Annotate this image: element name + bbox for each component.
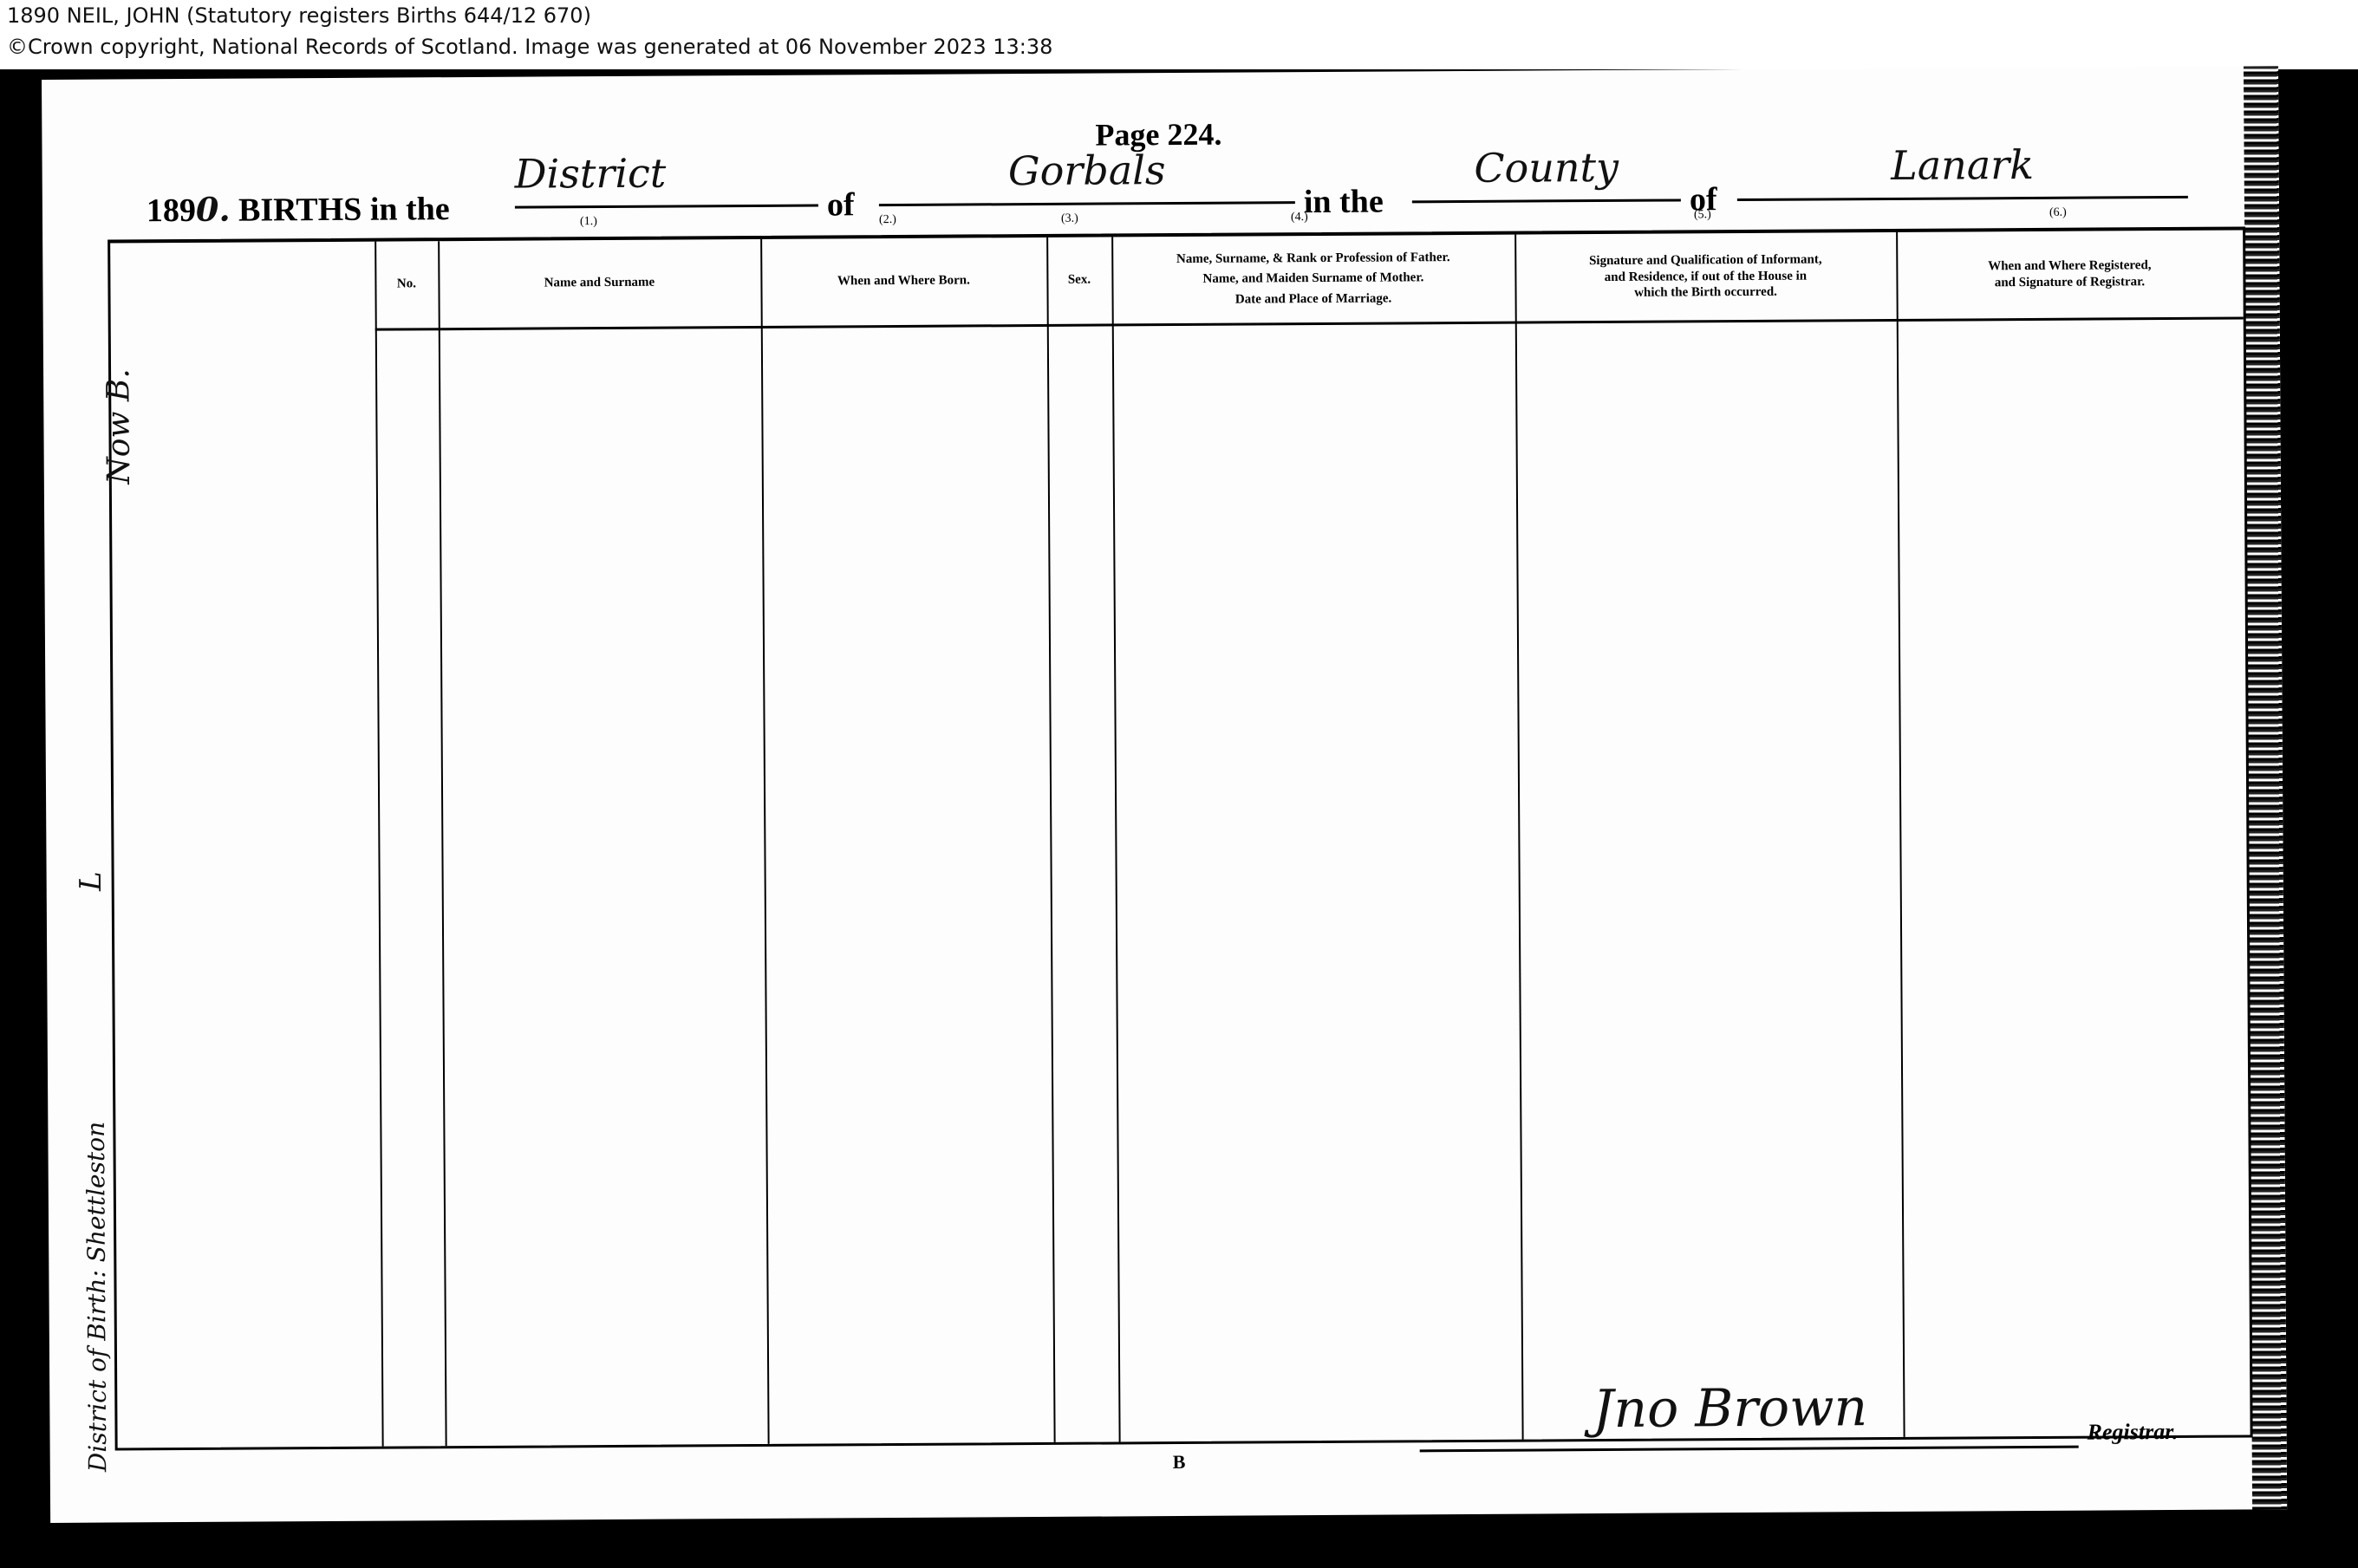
col-header-born: When and Where Born. (760, 237, 1047, 326)
col-header-informant-line: which the Birth occurred. (1634, 284, 1777, 302)
signature-line (1420, 1446, 2079, 1453)
of-label-1: of (827, 185, 855, 224)
col-divider (438, 241, 446, 1446)
register-heading: 1890. BIRTHS in the (147, 188, 450, 230)
registrar-label: Registrar. (2087, 1419, 2178, 1446)
column-ref-2: (2.) (879, 213, 896, 227)
copyright-notice: ©Crown copyright, National Records of Sc… (7, 35, 1052, 59)
year-prefix: 189 (147, 192, 196, 229)
margin-note-district-of-birth: District of Birth: Shettleston (81, 1090, 113, 1472)
col-divider (760, 239, 769, 1444)
col-header-registered-line: When and Where Registered, (1988, 257, 2151, 275)
col-divider (1514, 235, 1523, 1440)
margin-note-now-b: Now B. (101, 368, 137, 485)
col-divider (1896, 232, 1905, 1437)
margin-note-l: L (74, 871, 108, 891)
col-header-name: Name and Surname (438, 239, 761, 328)
births-register-table: No. Name and Surname When and Where Born… (107, 226, 2252, 1450)
county-name-field: Lanark (1736, 140, 2187, 201)
column-ref-4: (4.) (1291, 211, 1308, 224)
col-header-parents-line: Date and Place of Marriage. (1235, 289, 1391, 309)
col-header-informant: Signature and Qualification of Informant… (1514, 232, 1897, 322)
in-the-label: in the (1304, 183, 1384, 222)
sheet-mark: B (1173, 1451, 1186, 1474)
column-ref-5: (5.) (1694, 208, 1711, 222)
col-divider (1111, 237, 1120, 1441)
column-ref-1: (1.) (580, 215, 597, 229)
col-header-informant-line: and Residence, if out of the House in (1605, 268, 1807, 285)
district-name-field: Gorbals (879, 146, 1295, 206)
record-title: 1890 NEIL, JOHN (Statutory registers Bir… (7, 3, 591, 28)
column-ref-6: (6.) (2049, 206, 2067, 220)
col-divider (375, 242, 383, 1447)
register-page: Page 224. 1890. BIRTHS in the District o… (42, 66, 2287, 1523)
col-header-parents: Name, Surname, & Rank or Profession of F… (1111, 235, 1515, 324)
col-header-registered-line: and Signature of Registrar. (1995, 274, 2145, 291)
registrar-signature: Jno Brown (1593, 1377, 1867, 1440)
col-header-registered: When and Where Registered, and Signature… (1896, 230, 2244, 318)
col-header-sex: Sex. (1046, 237, 1112, 323)
record-caption: 1890 NEIL, JOHN (Statutory registers Bir… (0, 0, 2358, 69)
col-header-no: No. (375, 241, 439, 328)
col-divider (1046, 237, 1055, 1442)
col-header-parents-line: Name, Surname, & Rank or Profession of F… (1176, 248, 1450, 270)
county-type-field: County (1411, 143, 1680, 203)
district-type-field: District (515, 149, 818, 209)
col-header-parents-line: Name, and Maiden Surname of Mother. (1202, 269, 1423, 290)
column-ref-3: (3.) (1061, 212, 1078, 226)
year-suffix: 0. (196, 190, 231, 229)
births-label: BIRTHS in the (238, 191, 450, 228)
col-header-informant-line: Signature and Qualification of Informant… (1589, 251, 1822, 269)
